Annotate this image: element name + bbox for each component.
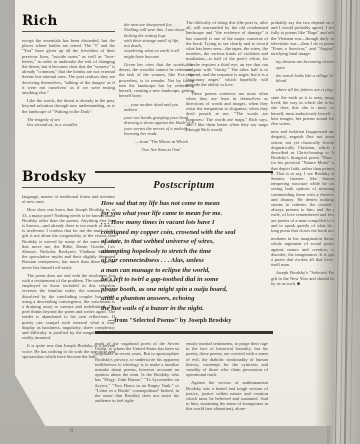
- poem-line: phone booth, as one might spin a ouija b…: [101, 285, 273, 295]
- magazine-scan: Rich except the essentials has been disc…: [0, 0, 360, 444]
- poem-line: . . . How many times in vacant lots have…: [101, 218, 273, 228]
- magazine-page: Rich except the essentials has been disc…: [15, 0, 334, 426]
- poem-line: of our connectedness . . . Alas, unless: [101, 256, 273, 266]
- poem-line: for you what your life came to mean for …: [101, 209, 273, 219]
- verse-line: learning her trade: [124, 131, 194, 136]
- verse-quote: the men are sharpened for, . . . . Nothi…: [124, 22, 194, 59]
- rich-column-2: the men are sharpened for, . . . . Nothi…: [119, 20, 194, 155]
- poem-attribution: —from "The Mirror in Which: [129, 139, 194, 144]
- verse-quote: The tragedy of sex lies around us, in a …: [27, 117, 115, 128]
- verse-quote: your two hands grasping your head drawin…: [124, 115, 194, 136]
- section-header-rich: Rich: [22, 14, 115, 32]
- poem-body: How sad that my life has not come to mea…: [101, 199, 273, 314]
- verse-line: lies around us, in a woodlot: [27, 122, 115, 127]
- poem-line: until a phantom answers, echoing: [101, 294, 273, 304]
- poem-line: of state, to that webbed universe of wir…: [101, 237, 273, 247]
- body-paragraph: eously martial sentiments, to purge thei…: [186, 341, 268, 377]
- verse-quote: . . . your mother dead and you unborn: [124, 102, 194, 113]
- verse-line: unborn: [124, 107, 194, 112]
- brodsky-bottom-column-3: eously martial sentiments, to purge thei…: [186, 341, 268, 425]
- verse-line: Nothing will save this. I am alone,: [124, 27, 194, 32]
- verse-line: might have become.: [124, 54, 194, 59]
- top-rule: [95, 171, 273, 173]
- body-paragraph: These poems convince me most often when …: [186, 91, 268, 133]
- poem-line: he's left to twirl a gap-toothed dial in…: [101, 275, 273, 285]
- article-end-square-icon: ■: [297, 281, 300, 286]
- postscriptum-box: Postscriptum How sad that my life has no…: [95, 171, 273, 324]
- body-paragraph: Given her view that the woods, the deser…: [119, 62, 194, 98]
- poem-line: consigned my copper coin, crowned with t…: [101, 228, 273, 238]
- poem-attribution: —from "Selected Poems" by Joseph Brodsky: [108, 317, 273, 324]
- body-paragraph: mark of the vagabond poets of the Soviet…: [95, 341, 179, 403]
- page-gutter-shadow: [314, 0, 334, 426]
- body-paragraph: The difficulty of doing this (the poet i…: [186, 20, 268, 88]
- verse-line: drawing it down against the blade of lif…: [124, 120, 194, 125]
- poem-attribution: Two Are Seen as One": [129, 147, 194, 152]
- rich-column-1: Rich except the essentials has been disc…: [22, 14, 115, 170]
- poem-line: How sad that my life has not come to mea…: [101, 199, 273, 209]
- page-number: 8: [70, 428, 73, 434]
- poem-title: Postscriptum: [95, 179, 273, 192]
- poem-line: the last wails of a buzzer in the night.: [101, 304, 273, 314]
- body-paragraph: Against the vectors of antihumanism Brod…: [186, 380, 268, 411]
- body-paragraph: Like the wreck, the desert is already in…: [22, 98, 115, 114]
- brodsky-bottom-column-2: mark of the vagabond poets of the Soviet…: [95, 341, 179, 425]
- poem-line: a man can manage to eclipse the world,: [101, 266, 273, 276]
- poem-line: attempting hopelessly to stretch the tim…: [101, 247, 273, 257]
- body-paragraph: except the essentials has been discarded…: [22, 38, 115, 95]
- rich-column-3: The difficulty of doing this (the poet i…: [186, 20, 268, 150]
- bottom-rule: [95, 331, 273, 334]
